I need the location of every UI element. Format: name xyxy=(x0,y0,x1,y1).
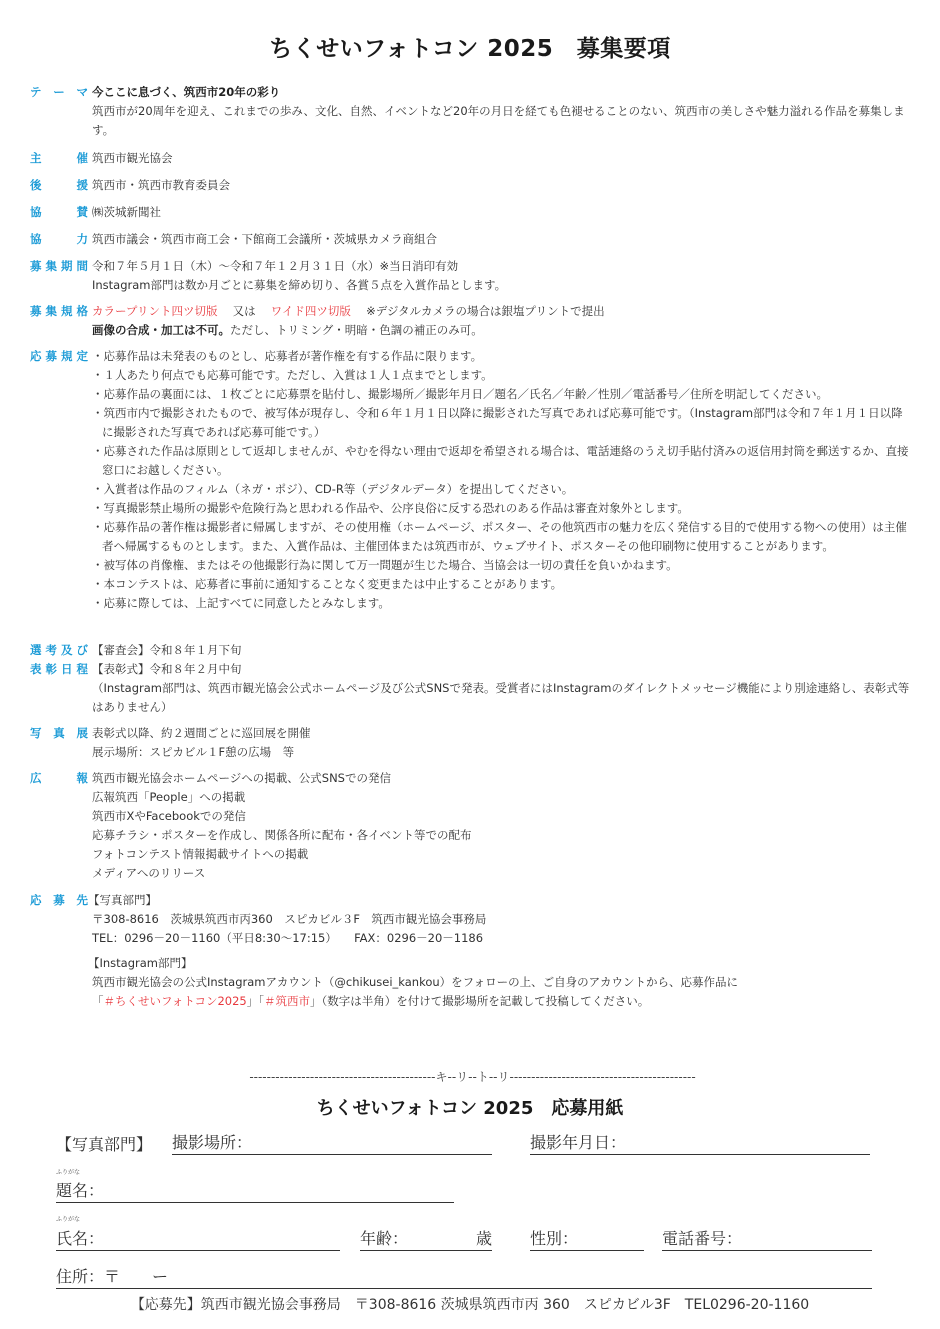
schedule-note: （Instagram部門は、筑西市観光協会公式ホームページ及び公式SNSで発表。… xyxy=(92,679,910,717)
exhibition-line2: 展示場所：スピカビル１F憩の広場 等 xyxy=(92,743,910,762)
submit-insta-line1: 筑西市観光協会の公式Instagramアカウント（@chikusei_kanko… xyxy=(88,973,910,992)
submit-photo-tel: TEL：0296－20－1160（平日8:30～17:15） FAX：0296－… xyxy=(88,929,910,948)
rule-item: ・応募作品の裏面には、１枚ごとに応募票を貼付し、撮影場所／撮影年月日／題名／氏名… xyxy=(92,385,910,404)
rule-item: ・写真撮影禁止場所の撮影や危険行為と思われる作品や、公序良俗に反する恐れのある作… xyxy=(92,499,910,518)
hashtag-chikusei: ＃筑西市 xyxy=(264,994,310,1008)
section-schedule: 選考及び 表彰日程 【審査会】令和８年１月下旬 【表彰式】令和８年２月中旬 （I… xyxy=(30,641,910,717)
theme-headline: 今ここに息づく、筑西市20年の彩り xyxy=(92,83,910,102)
label-submit: 応募先 xyxy=(30,891,88,910)
schedule-ceremony: 【表彰式】令和８年２月中旬 xyxy=(92,660,910,679)
address-field[interactable]: 住所：〒 ー xyxy=(56,1266,872,1289)
support-value: 筑西市・筑西市教育委員会 xyxy=(92,176,910,195)
rule-item: ・応募に際しては、上記すべてに同意したとみなします。 xyxy=(92,594,910,613)
work-title-field[interactable]: 題名： xyxy=(56,1180,454,1203)
section-sponsor: 協賛 ㈱茨城新聞社 xyxy=(30,203,910,222)
submit-insta-head: 【Instagram部門】 xyxy=(88,954,910,973)
spec-wide-print: ワイド四ツ切版 xyxy=(271,304,351,318)
gender-field[interactable]: 性別： xyxy=(530,1228,644,1251)
submit-photo-head: 【写真部門】 xyxy=(88,891,910,910)
location-field[interactable]: 撮影場所： xyxy=(172,1132,492,1155)
rule-item: ・１人あたり何点でも応募可能です。ただし、入賞は１人１点までとします。 xyxy=(92,366,910,385)
pr-item: メディアへのリリース xyxy=(92,864,910,883)
exhibition-line1: 表彰式以降、約２週間ごとに巡回展を開催 xyxy=(92,724,910,743)
period-line1: 令和７年５月１日（木）～令和７年１２月３１日（水）※当日消印有効 xyxy=(92,257,910,276)
rule-item: ・本コンテストは、応募者に事前に通知することなく変更または中止することがあります… xyxy=(92,575,910,594)
label-exhibition: 写真展 xyxy=(30,724,88,743)
page-title: ちくせいフォトコン 2025 募集要項 xyxy=(0,30,940,63)
rule-item: ・入賞者は作品のフィルム（ネガ・ポジ）、CD-R等（デジタルデータ）を提出してく… xyxy=(92,480,910,499)
rule-item: ・筑西市内で撮影されたもので、被写体が現存し、令和６年１月１日以降に撮影された写… xyxy=(92,404,910,442)
section-host: 主催 筑西市観光協会 xyxy=(30,149,910,168)
quote-open: 「 xyxy=(92,994,104,1008)
label-schedule-1: 選考及び xyxy=(30,641,88,660)
furigana-label: ふりがな xyxy=(56,1214,80,1223)
pr-item: 筑西市XやFacebookでの発信 xyxy=(92,807,910,826)
schedule-judging: 【審査会】令和８年１月下旬 xyxy=(92,641,910,660)
age-field[interactable]: 年齢： 歳 xyxy=(360,1228,492,1251)
rule-item: ・被写体の肖像権、またはその他撮影行為に関して万一問題が生じた場合、当協会は一切… xyxy=(92,556,910,575)
spec-note: ※デジタルカメラの場合は銀塩プリントで提出 xyxy=(366,304,604,318)
pr-item: 応募チラシ・ポスターを作成し、関係各所に配布・各イベント等での配布 xyxy=(92,826,910,845)
quote-mid: 」「 xyxy=(247,994,264,1008)
form-title: ちくせいフォトコン 2025 応募用紙 xyxy=(0,1094,940,1120)
name-field[interactable]: 氏名： xyxy=(56,1228,340,1251)
section-spec: 募集規格 カラープリント四ツ切版 又は ワイド四ツ切版 ※デジタルカメラの場合は… xyxy=(30,302,910,340)
label-sponsor: 協賛 xyxy=(30,203,88,222)
label-support: 後援 xyxy=(30,176,88,195)
pr-item: 広報筑西「People」への掲載 xyxy=(92,788,910,807)
spec-color-print: カラープリント四ツ切版 xyxy=(92,304,217,318)
pr-item: フォトコンテスト情報掲載サイトへの掲載 xyxy=(92,845,910,864)
submit-photo-address: 〒308-8616 茨城県筑西市丙360 スピカビル３F 筑西市観光協会事務局 xyxy=(88,910,910,929)
label-theme: テーマ xyxy=(30,83,88,102)
label-period: 募集期間 xyxy=(30,257,88,276)
label-pr: 広報 xyxy=(30,769,88,788)
sponsor-value: ㈱茨城新聞社 xyxy=(92,203,910,222)
furigana-label: ふりがな xyxy=(56,1167,80,1176)
spec-rest: ただし、トリミング・明暗・色調の補正のみ可。 xyxy=(230,323,483,337)
section-support: 後援 筑西市・筑西市教育委員会 xyxy=(30,176,910,195)
cut-line: ----------------------------------------… xyxy=(115,1068,830,1085)
period-line2: Instagram部門は数か月ごとに募集を締め切り、各賞５点を入賞作品とします。 xyxy=(92,276,910,295)
spec-or: 又は xyxy=(233,304,256,318)
age-unit: 歳 xyxy=(476,1228,492,1250)
section-cooperation: 協力 筑西市議会・筑西市商工会・下館商工会議所・茨城県カメラ商組合 xyxy=(30,230,910,249)
section-pr: 広報 筑西市観光協会ホームページへの掲載、公式SNSでの発信 広報筑西「Peop… xyxy=(30,769,910,883)
label-host: 主催 xyxy=(30,149,88,168)
rule-item: ・応募された作品は原則として返却しませんが、やむを得ない理由で返却を希望される場… xyxy=(92,442,910,480)
section-rules: 応募規定 ・応募作品は未発表のものとし、応募者が著作権を有する作品に限ります。 … xyxy=(30,347,910,613)
spec-bold: 画像の合成・加工は不可。 xyxy=(92,323,230,337)
section-submit: 応募先 【写真部門】 〒308-8616 茨城県筑西市丙360 スピカビル３F … xyxy=(30,891,910,1011)
label-cooperation: 協力 xyxy=(30,230,88,249)
section-exhibition: 写真展 表彰式以降、約２週間ごとに巡回展を開催 展示場所：スピカビル１F憩の広場… xyxy=(30,724,910,762)
hashtag-photocon: ＃ちくせいフォトコン2025 xyxy=(104,994,247,1008)
form-dept: 【写真部門】 xyxy=(56,1132,152,1155)
label-rules: 応募規定 xyxy=(30,347,88,366)
rule-item: ・応募作品の著作権は撮影者に帰属しますが、その使用権（ホームページ、ポスター、そ… xyxy=(92,518,910,556)
label-spec: 募集規格 xyxy=(30,302,88,321)
section-theme: テーマ 今ここに息づく、筑西市20年の彩り 筑西市が20周年を迎え、これまでの歩… xyxy=(30,83,910,140)
label-schedule-2: 表彰日程 xyxy=(30,660,88,679)
form-footer-contact: 【応募先】筑西市観光協会事務局 〒308-8616 茨城県筑西市丙 360 スピ… xyxy=(0,1294,940,1314)
host-value: 筑西市観光協会 xyxy=(92,149,910,168)
section-period: 募集期間 令和７年５月１日（木）～令和７年１２月３１日（水）※当日消印有効 In… xyxy=(30,257,910,295)
cooperation-value: 筑西市議会・筑西市商工会・下館商工会議所・茨城県カメラ商組合 xyxy=(92,230,910,249)
theme-desc: 筑西市が20周年を迎え、これまでの歩み、文化、自然、イベントなど20年の月日を経… xyxy=(92,102,910,140)
rule-item: ・応募作品は未発表のものとし、応募者が著作権を有する作品に限ります。 xyxy=(92,347,910,366)
age-label: 年齢： xyxy=(360,1229,408,1248)
insta-rest: 」（数字は半角）を付けて撮影場所を記載して投稿してください。 xyxy=(310,994,649,1008)
shoot-date-field[interactable]: 撮影年月日： xyxy=(530,1132,870,1155)
phone-field[interactable]: 電話番号： xyxy=(662,1228,872,1251)
pr-item: 筑西市観光協会ホームページへの掲載、公式SNSでの発信 xyxy=(92,769,910,788)
